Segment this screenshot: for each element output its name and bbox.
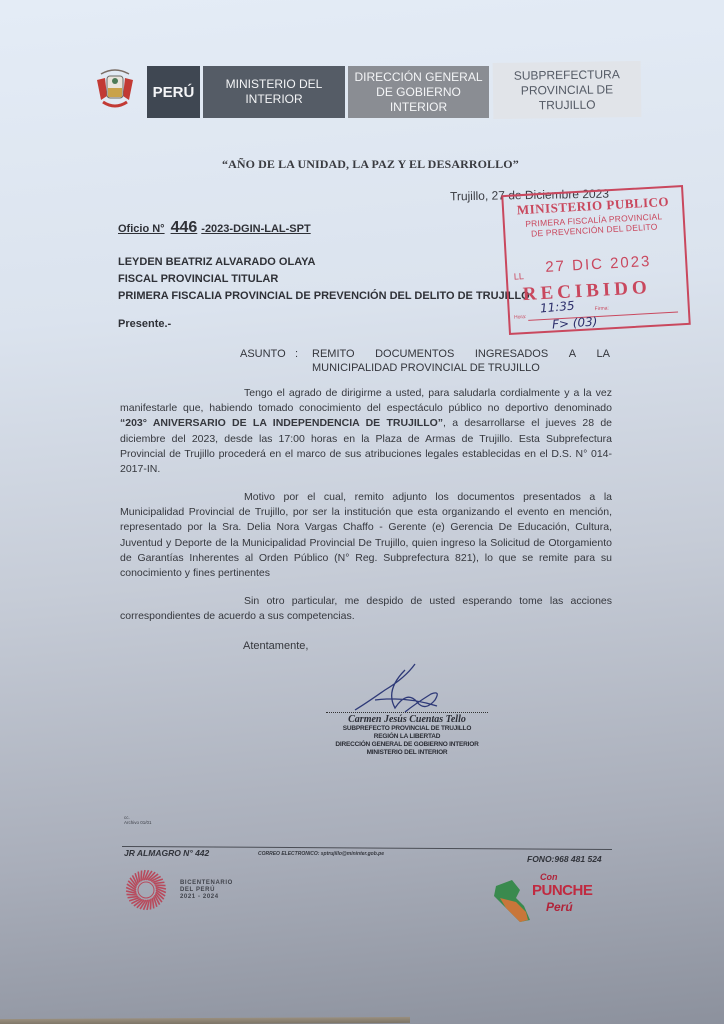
year-motto: “AÑO DE LA UNIDAD, LA PAZ Y EL DESARROLL… <box>222 157 519 172</box>
subject-label: ASUNTO <box>240 347 286 361</box>
stamp-hora-label: Hora: <box>514 314 527 321</box>
bicentenario-text: BICENTENARIO DEL PERÚ 2021 - 2024 <box>180 880 233 901</box>
campaign-peru: Perú <box>546 900 573 914</box>
subject-word: REMITO <box>312 347 355 361</box>
bicentenario-line-3: 2021 - 2024 <box>180 894 233 901</box>
subject-line-1: REMITODOCUMENTOSINGRESADOSALA <box>312 347 610 361</box>
recipient-block: LEYDEN BEATRIZ ALVARADO OLAYA FISCAL PRO… <box>118 254 530 305</box>
body-paragraph-1: Tengo el agrado de dirigirme a usted, pa… <box>120 386 612 477</box>
footer-phone: FONO:968 481 524 <box>527 854 602 864</box>
ministry-label: MINISTERIO DEL INTERIOR <box>203 66 345 118</box>
subject-word: LA <box>597 347 610 361</box>
bicentenario-line-2: DEL PERÚ <box>180 887 233 894</box>
oficio-prefix: Oficio N° <box>118 223 165 235</box>
stamp-firma-label: Firma: <box>595 305 609 312</box>
signatory-region: REGIÓN LA LIBERTAD <box>322 733 492 741</box>
bicentenario-line-1: BICENTENARIO <box>180 880 233 887</box>
footer-address: JR ALMAGRO N° 442 <box>124 848 209 858</box>
handwritten-time: 11:35 <box>539 299 575 316</box>
directorate-label: DIRECCIÓN GENERAL DE GOBIERNO INTERIOR <box>348 66 489 118</box>
signature-dotted-line <box>326 712 488 713</box>
signatory-name: Carmen Jesús Cuentas Tello <box>322 714 492 725</box>
oficio-reference: Oficio N°446-2023-DGIN-LAL-SPT <box>118 219 311 237</box>
subject-line-2: MUNICIPALIDAD PROVINCIAL DE TRUJILLO <box>312 361 610 375</box>
body-paragraph-2: Motivo por el cual, remito adjunto los d… <box>120 490 612 581</box>
body-paragraph-3: Sin otro particular, me despido de usted… <box>120 594 612 624</box>
stamp-date: 27 DIC 2023 <box>545 253 652 276</box>
subject-word: DOCUMENTOS <box>375 347 454 361</box>
archive-note: cc. Archivo 01/01 <box>124 815 152 825</box>
country-label: PERÚ <box>147 66 200 118</box>
footer-email: CORREO ELECTRONICO: sptrujillo@mininter.… <box>258 851 384 857</box>
subject-text: REMITODOCUMENTOSINGRESADOSALA MUNICIPALI… <box>312 347 610 375</box>
oficio-suffix: -2023-DGIN-LAL-SPT <box>201 223 310 235</box>
oficio-number: 446 <box>171 219 198 236</box>
stamp-initials: LL <box>514 271 525 282</box>
event-name: “203° ANIVERSARIO DE LA INDEPENDENCIA DE… <box>120 417 443 429</box>
handwritten-signature <box>345 660 455 720</box>
signatory-directorate: DIRECCIÓN GENERAL DE GOBIERNO INTERIOR <box>322 741 492 749</box>
con-punche-peru-logo: Con PUNCHE Perú <box>490 868 615 923</box>
bicentenario-logo: BICENTENARIO DEL PERÚ 2021 - 2024 <box>122 868 252 912</box>
closing: Atentamente, <box>243 640 308 652</box>
table-edge <box>0 1017 410 1024</box>
recipient-office: PRIMERA FISCALIA PROVINCIAL DE PREVENCIÓ… <box>118 288 530 305</box>
office-label: SUBPREFECTURA PROVINCIAL DE TRUJILLO <box>493 61 642 119</box>
subject-colon: : <box>295 347 298 361</box>
signature-block: Carmen Jesús Cuentas Tello SUBPREFECTO P… <box>322 712 492 757</box>
letterhead: PERÚ MINISTERIO DEL INTERIOR DIRECCIÓN G… <box>92 62 652 122</box>
peru-coat-of-arms-icon <box>95 66 135 112</box>
signatory-ministry: MINISTERIO DEL INTERIOR <box>322 749 492 757</box>
paragraph-1-text: Tengo el agrado de dirigirme a usted, pa… <box>120 387 612 414</box>
reception-stamp: MINISTERIO PUBLICO PRIMERA FISCALÍA PROV… <box>501 185 691 335</box>
signatory-position: SUBPREFECTO PROVINCIAL DE TRUJILLO <box>322 725 492 733</box>
archive-ref: Archivo 01/01 <box>124 820 152 825</box>
document-page: PERÚ MINISTERIO DEL INTERIOR DIRECCIÓN G… <box>0 0 724 1024</box>
campaign-con: Con <box>540 872 558 882</box>
subject-word: A <box>569 347 576 361</box>
greeting: Presente.- <box>118 318 171 330</box>
recipient-title: FISCAL PROVINCIAL TITULAR <box>118 271 530 288</box>
campaign-punche: PUNCHE <box>532 882 592 899</box>
recipient-name: LEYDEN BEATRIZ ALVARADO OLAYA <box>118 254 530 271</box>
bicentenario-sun-icon <box>122 868 170 912</box>
subject-word: INGRESADOS <box>475 347 548 361</box>
